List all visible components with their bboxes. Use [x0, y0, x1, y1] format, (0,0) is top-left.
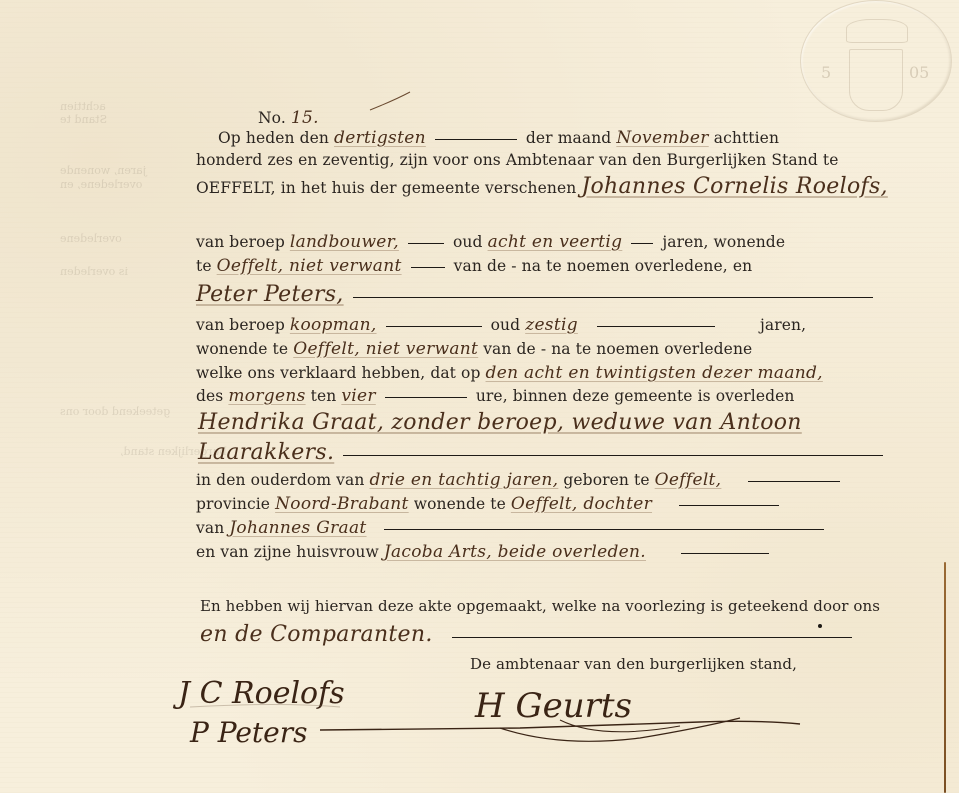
- blank-line: [748, 481, 840, 482]
- line-11: Hendrika Graat, zonder beroep, weduwe va…: [198, 410, 802, 435]
- line-16: en van zijne huisvrouw Jacoba Arts, beid…: [196, 542, 773, 562]
- declarant2-occupation: koopman,: [290, 315, 377, 335]
- day-field: dertigsten: [334, 128, 426, 148]
- blank-line: [411, 267, 445, 268]
- bleed-through-text: is overleden: [60, 265, 128, 278]
- blank-line: [681, 553, 769, 554]
- signature-official: H Geurts: [475, 686, 632, 726]
- crown-emblem-icon: [846, 19, 908, 43]
- line-6: Peter Peters,: [196, 282, 877, 307]
- birthplace-field: Oeffelt,: [655, 470, 722, 490]
- month-field: November: [616, 128, 708, 148]
- line-1: Op heden den dertigsten der maand Novemb…: [218, 128, 779, 148]
- time-of-day-field: morgens: [228, 386, 305, 406]
- declarant1-occupation: landbouwer,: [290, 232, 399, 252]
- line-14: provincie Noord-Brabant wonende te Oeffe…: [196, 494, 783, 514]
- signature-witness-2: P Peters: [190, 716, 307, 749]
- deceased-spouse-surname: Laarakkers.: [198, 440, 334, 465]
- line-13: in den ouderdom van drie en tachtig jare…: [196, 470, 844, 490]
- declarant2-name: Peter Peters,: [196, 282, 344, 307]
- declarant2-residence: Oeffelt, niet verwant: [293, 339, 478, 359]
- deceased-residence: Oeffelt, dochter: [511, 494, 652, 514]
- official-title: De ambtenaar van den burgerlijken stand,: [470, 655, 797, 673]
- father-name: Johannes Graat: [229, 518, 366, 538]
- margin-binding-line: [944, 562, 946, 793]
- blank-line: [452, 637, 852, 638]
- blank-line: [597, 326, 715, 327]
- signatories-field: en de Comparanten.: [200, 622, 433, 647]
- bleed-through-text: Stand te: [60, 113, 107, 126]
- bleed-through-text: jaren, wonende: [60, 164, 146, 177]
- hour-field: vier: [341, 386, 375, 406]
- line-18: en de Comparanten.: [200, 622, 856, 647]
- signature-witness-1: J C Roelofs: [178, 676, 345, 711]
- line-3: OEFFELT, in het huis der gemeente versch…: [196, 174, 888, 199]
- line-4: van beroep landbouwer, oud acht en veert…: [196, 232, 785, 252]
- blank-line: [385, 397, 467, 398]
- declarant2-age: zestig: [525, 315, 578, 335]
- declarant1-age: acht en veertig: [488, 232, 623, 252]
- line-5: te Oeffelt, niet verwant van de - na te …: [196, 256, 752, 276]
- embossed-seal: 5 05: [800, 0, 952, 122]
- blank-line: [631, 243, 653, 244]
- shield-emblem-icon: [849, 49, 903, 111]
- blank-line: [386, 326, 482, 327]
- line-7: van beroep koopman, oud zestig jaren,: [196, 315, 806, 335]
- blank-line: [343, 455, 883, 456]
- blank-line: [679, 505, 779, 506]
- deceased-name: Hendrika Graat, zonder beroep, weduwe va…: [198, 410, 802, 435]
- blank-line: [435, 139, 517, 140]
- death-date-field: den acht en twintigsten dezer maand,: [486, 363, 823, 383]
- line-2: honderd zes en zeventig, zijn voor ons A…: [196, 151, 839, 169]
- bleed-through-text: achttien: [60, 100, 106, 113]
- province-field: Noord-Brabant: [275, 494, 409, 514]
- blank-line: [353, 297, 873, 298]
- blank-line: [384, 529, 824, 530]
- document-number: No. 15.: [258, 108, 319, 128]
- line-12: Laarakkers.: [198, 440, 887, 465]
- deceased-age: drie en tachtig jaren,: [369, 470, 558, 490]
- line-9: welke ons verklaard hebben, dat op den a…: [196, 363, 823, 383]
- declarant1-residence: Oeffelt, niet verwant: [217, 256, 402, 276]
- bleed-through-text: geteekend door ons: [60, 405, 170, 418]
- line-8: wonende te Oeffelt, niet verwant van de …: [196, 339, 752, 359]
- line-17: En hebben wij hiervan deze akte opgemaak…: [200, 597, 880, 615]
- line-10: des morgens ten vier ure, binnen deze ge…: [196, 386, 795, 406]
- bleed-through-text: overledene, en: [60, 178, 142, 191]
- declarant1-name: Johannes Cornelis Roelofs,: [581, 174, 887, 199]
- mother-name: Jacoba Arts, beide overleden.: [384, 542, 646, 562]
- bleed-through-text: overledene: [60, 232, 122, 245]
- blank-line: [408, 243, 444, 244]
- line-15: van Johannes Graat: [196, 518, 828, 538]
